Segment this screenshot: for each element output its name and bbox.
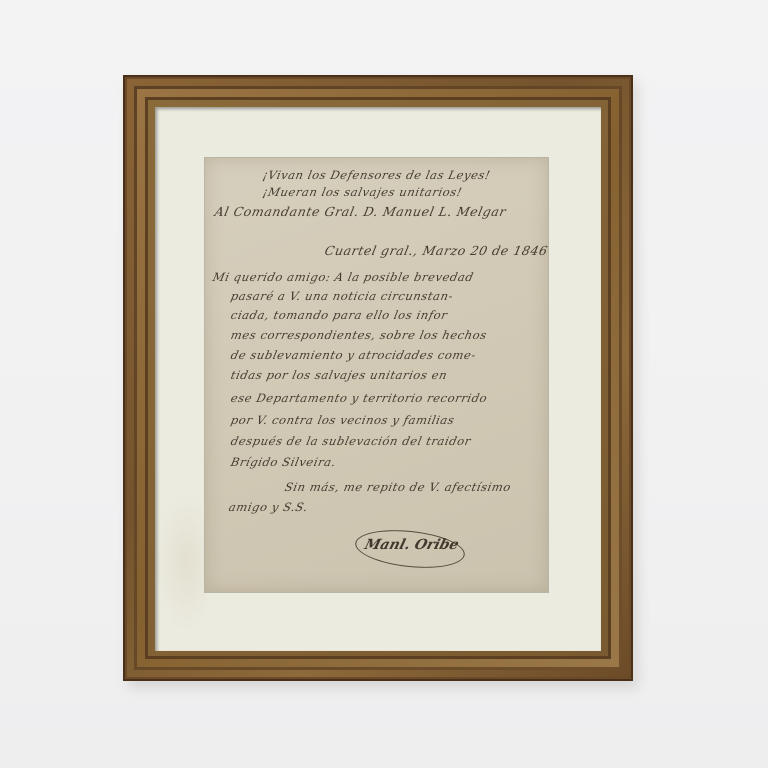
mat-board: ¡Vivan los Defensores de las Leyes! ¡Mue… <box>155 107 601 651</box>
letter-body-line: de sublevamiento y atrocidades come- <box>230 348 478 362</box>
letter-paper: ¡Vivan los Defensores de las Leyes! ¡Mue… <box>205 158 548 592</box>
letter-body-line: después de la sublevación del traidor <box>230 434 473 448</box>
letter-place-date: Cuartel gral., Marzo 20 de 1846 <box>323 243 549 258</box>
letter-body-line: tidas por los salvajes unitarios en <box>230 368 449 382</box>
handwritten-letter: ¡Vivan los Defensores de las Leyes! ¡Mue… <box>205 158 548 592</box>
letter-body-line: pasaré a V. una noticia circunstan- <box>230 289 455 303</box>
letter-body-line: mes correspondientes, sobre los hechos <box>230 328 489 342</box>
letter-header-line: ¡Vivan los Defensores de las Leyes! <box>262 168 492 182</box>
letter-body-line: por V. contra los vecinos y familias <box>230 413 456 427</box>
letter-header-line: ¡Mueran los salvajes unitarios! <box>262 185 464 199</box>
letter-body-line: Brígido Silveira. <box>230 455 338 469</box>
signature-block: Manl. Oribe <box>355 527 465 569</box>
letter-closing-line: Sin más, me repito de V. afectísimo <box>284 480 513 494</box>
letter-addressee: Al Comandante Gral. D. Manuel L. Melgar <box>213 204 507 219</box>
signature: Manl. Oribe <box>363 537 461 553</box>
letter-body-line: ciada, tomando para ello los infor <box>230 308 449 322</box>
mat-water-stain <box>155 492 207 632</box>
letter-body-line: ese Departamento y territorio recorrido <box>230 391 489 405</box>
letter-closing-line: amigo y S.S. <box>228 500 310 514</box>
letter-body-line: Mi querido amigo: A la posible brevedad <box>212 270 475 284</box>
picture-frame: ¡Vivan los Defensores de las Leyes! ¡Mue… <box>123 75 633 681</box>
